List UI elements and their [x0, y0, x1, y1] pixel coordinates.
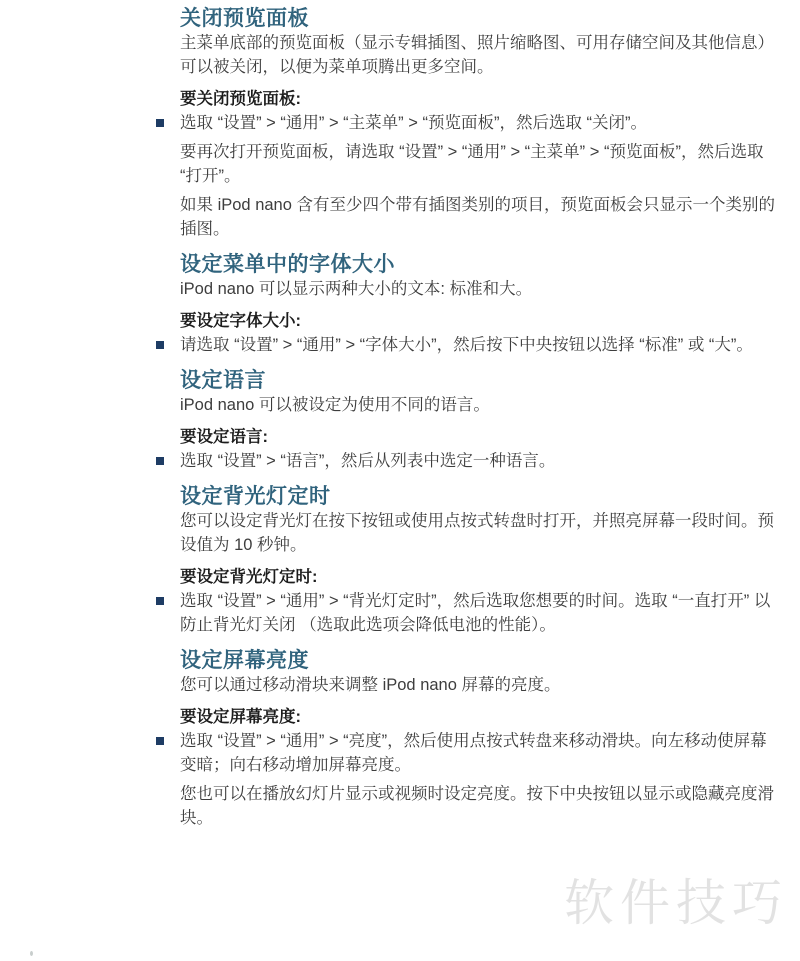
procedure-subhead: 要设定字体大小:: [180, 309, 776, 333]
bullet-text: 选取 “设置” > “通用” > “背光灯定时”，然后选取您想要的时间。选取 “…: [180, 592, 770, 634]
bullet-text: 选取 “设置” > “通用” > “主菜单” > “预览面板”，然后选取 “关闭…: [180, 114, 647, 132]
section-intro: 您可以设定背光灯在按下按钮或使用点按式转盘时打开，并照亮屏幕一段时间。预设值为 …: [180, 509, 776, 557]
bullet-text: 选取 “设置” > “语言”，然后从列表中选定一种语言。: [180, 452, 555, 470]
section-heading: 设定语言: [180, 368, 776, 393]
bullet-item: 选取 “设置” > “通用” > “亮度”，然后使用点按式转盘来移动滑块。向左移…: [180, 729, 776, 830]
procedure-steps: 请选取 “设置” > “通用” > “字体大小”，然后按下中央按钮以选择 “标准…: [180, 333, 776, 357]
procedure-steps: 选取 “设置” > “通用” > “亮度”，然后使用点按式转盘来移动滑块。向左移…: [180, 729, 776, 830]
section-heading: 设定背光灯定时: [180, 484, 776, 509]
section-heading: 设定菜单中的字体大小: [180, 252, 776, 277]
procedure-subhead: 要设定屏幕亮度:: [180, 705, 776, 729]
section-intro: iPod nano 可以被设定为使用不同的语言。: [180, 393, 776, 417]
section-language: 设定语言 iPod nano 可以被设定为使用不同的语言。 要设定语言: 选取 …: [180, 368, 776, 473]
square-bullet-icon: [156, 341, 164, 349]
followup-paragraph: 要再次打开预览面板，请选取 “设置” > “通用” > “主菜单” > “预览面…: [180, 140, 776, 188]
procedure-steps: 选取 “设置” > “通用” > “背光灯定时”，然后选取您想要的时间。选取 “…: [180, 589, 776, 637]
bullet-text: 选取 “设置” > “通用” > “亮度”，然后使用点按式转盘来移动滑块。向左移…: [180, 732, 767, 774]
section-font-size: 设定菜单中的字体大小 iPod nano 可以显示两种大小的文本: 标准和大。 …: [180, 252, 776, 357]
page-content: 关闭预览面板 主菜单底部的预览面板（显示专辑插图、照片缩略图、可用存储空间及其他…: [180, 6, 776, 830]
bullet-text: 请选取 “设置” > “通用” > “字体大小”，然后按下中央按钮以选择 “标准…: [180, 336, 753, 354]
section-intro: iPod nano 可以显示两种大小的文本: 标准和大。: [180, 277, 776, 301]
procedure-steps: 选取 “设置” > “语言”，然后从列表中选定一种语言。: [180, 449, 776, 473]
square-bullet-icon: [156, 737, 164, 745]
watermark: 软件技巧: [564, 868, 788, 938]
procedure-subhead: 要设定背光灯定时:: [180, 565, 776, 589]
section-screen-brightness: 设定屏幕亮度 您可以通过移动滑块来调整 iPod nano 屏幕的亮度。 要设定…: [180, 648, 776, 830]
square-bullet-icon: [156, 597, 164, 605]
section-backlight-timer: 设定背光灯定时 您可以设定背光灯在按下按钮或使用点按式转盘时打开，并照亮屏幕一段…: [180, 484, 776, 637]
square-bullet-icon: [156, 119, 164, 127]
square-bullet-icon: [156, 457, 164, 465]
section-intro: 主菜单底部的预览面板（显示专辑插图、照片缩略图、可用存储空间及其他信息）可以被关…: [180, 31, 776, 79]
procedure-subhead: 要设定语言:: [180, 425, 776, 449]
page-artifact-dot: [30, 951, 33, 956]
bullet-item: 选取 “设置” > “通用” > “背光灯定时”，然后选取您想要的时间。选取 “…: [180, 589, 776, 637]
section-intro: 您可以通过移动滑块来调整 iPod nano 屏幕的亮度。: [180, 673, 776, 697]
followup-paragraph: 如果 iPod nano 含有至少四个带有插图类别的项目，预览面板会只显示一个类…: [180, 193, 776, 241]
section-heading: 设定屏幕亮度: [180, 648, 776, 673]
procedure-steps: 选取 “设置” > “通用” > “主菜单” > “预览面板”，然后选取 “关闭…: [180, 111, 776, 241]
procedure-subhead: 要关闭预览面板:: [180, 87, 776, 111]
bullet-item: 选取 “设置” > “语言”，然后从列表中选定一种语言。: [180, 449, 776, 473]
section-close-preview-panel: 关闭预览面板 主菜单底部的预览面板（显示专辑插图、照片缩略图、可用存储空间及其他…: [180, 6, 776, 241]
section-heading: 关闭预览面板: [180, 6, 776, 31]
followup-paragraph: 您也可以在播放幻灯片显示或视频时设定亮度。按下中央按钮以显示或隐藏亮度滑块。: [180, 782, 776, 830]
bullet-item: 请选取 “设置” > “通用” > “字体大小”，然后按下中央按钮以选择 “标准…: [180, 333, 776, 357]
bullet-item: 选取 “设置” > “通用” > “主菜单” > “预览面板”，然后选取 “关闭…: [180, 111, 776, 241]
